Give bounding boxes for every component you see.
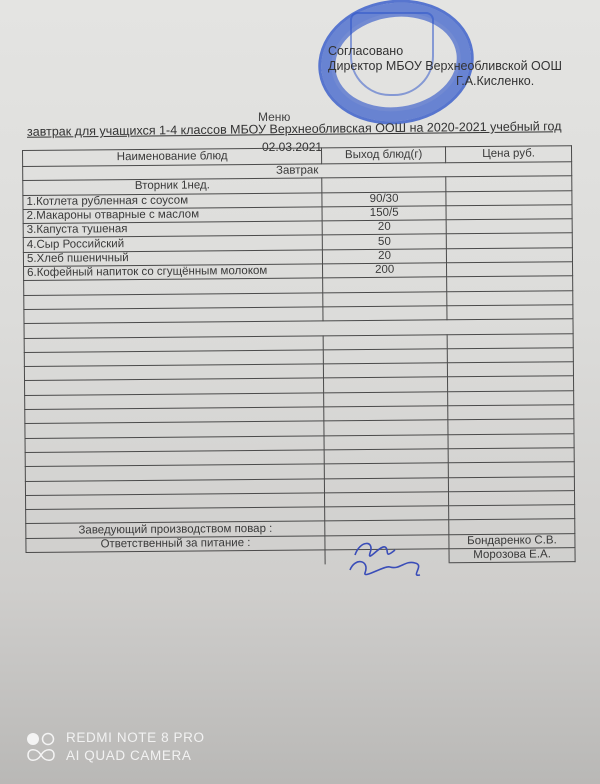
watermark-camera: AI QUAD CAMERA: [66, 747, 205, 765]
header-price: Цена руб.: [446, 146, 572, 163]
camera-watermark: REDMI NOTE 8 PRO AI QUAD CAMERA: [66, 729, 205, 765]
chef-name: Бондаренко С.В.: [449, 533, 575, 548]
approval-block: Согласовано Директор МБОУ Верхнеобливско…: [328, 44, 562, 89]
responsible-name: Морозова Е.А.: [449, 548, 575, 563]
approval-director-name: Г.А.Кисленко.: [328, 74, 562, 89]
approval-director: Директор МБОУ Верхнеобливской ООШ: [328, 59, 562, 74]
camera-brand-logo-icon: [26, 731, 56, 763]
header-yield: Выход блюд(г): [322, 147, 446, 164]
watermark-model: REDMI NOTE 8 PRO: [66, 729, 205, 747]
handwritten-signature: [345, 535, 430, 580]
approval-heading: Согласовано: [328, 44, 562, 59]
menu-table: Наименование блюд Выход блюд(г) Цена руб…: [22, 145, 576, 567]
